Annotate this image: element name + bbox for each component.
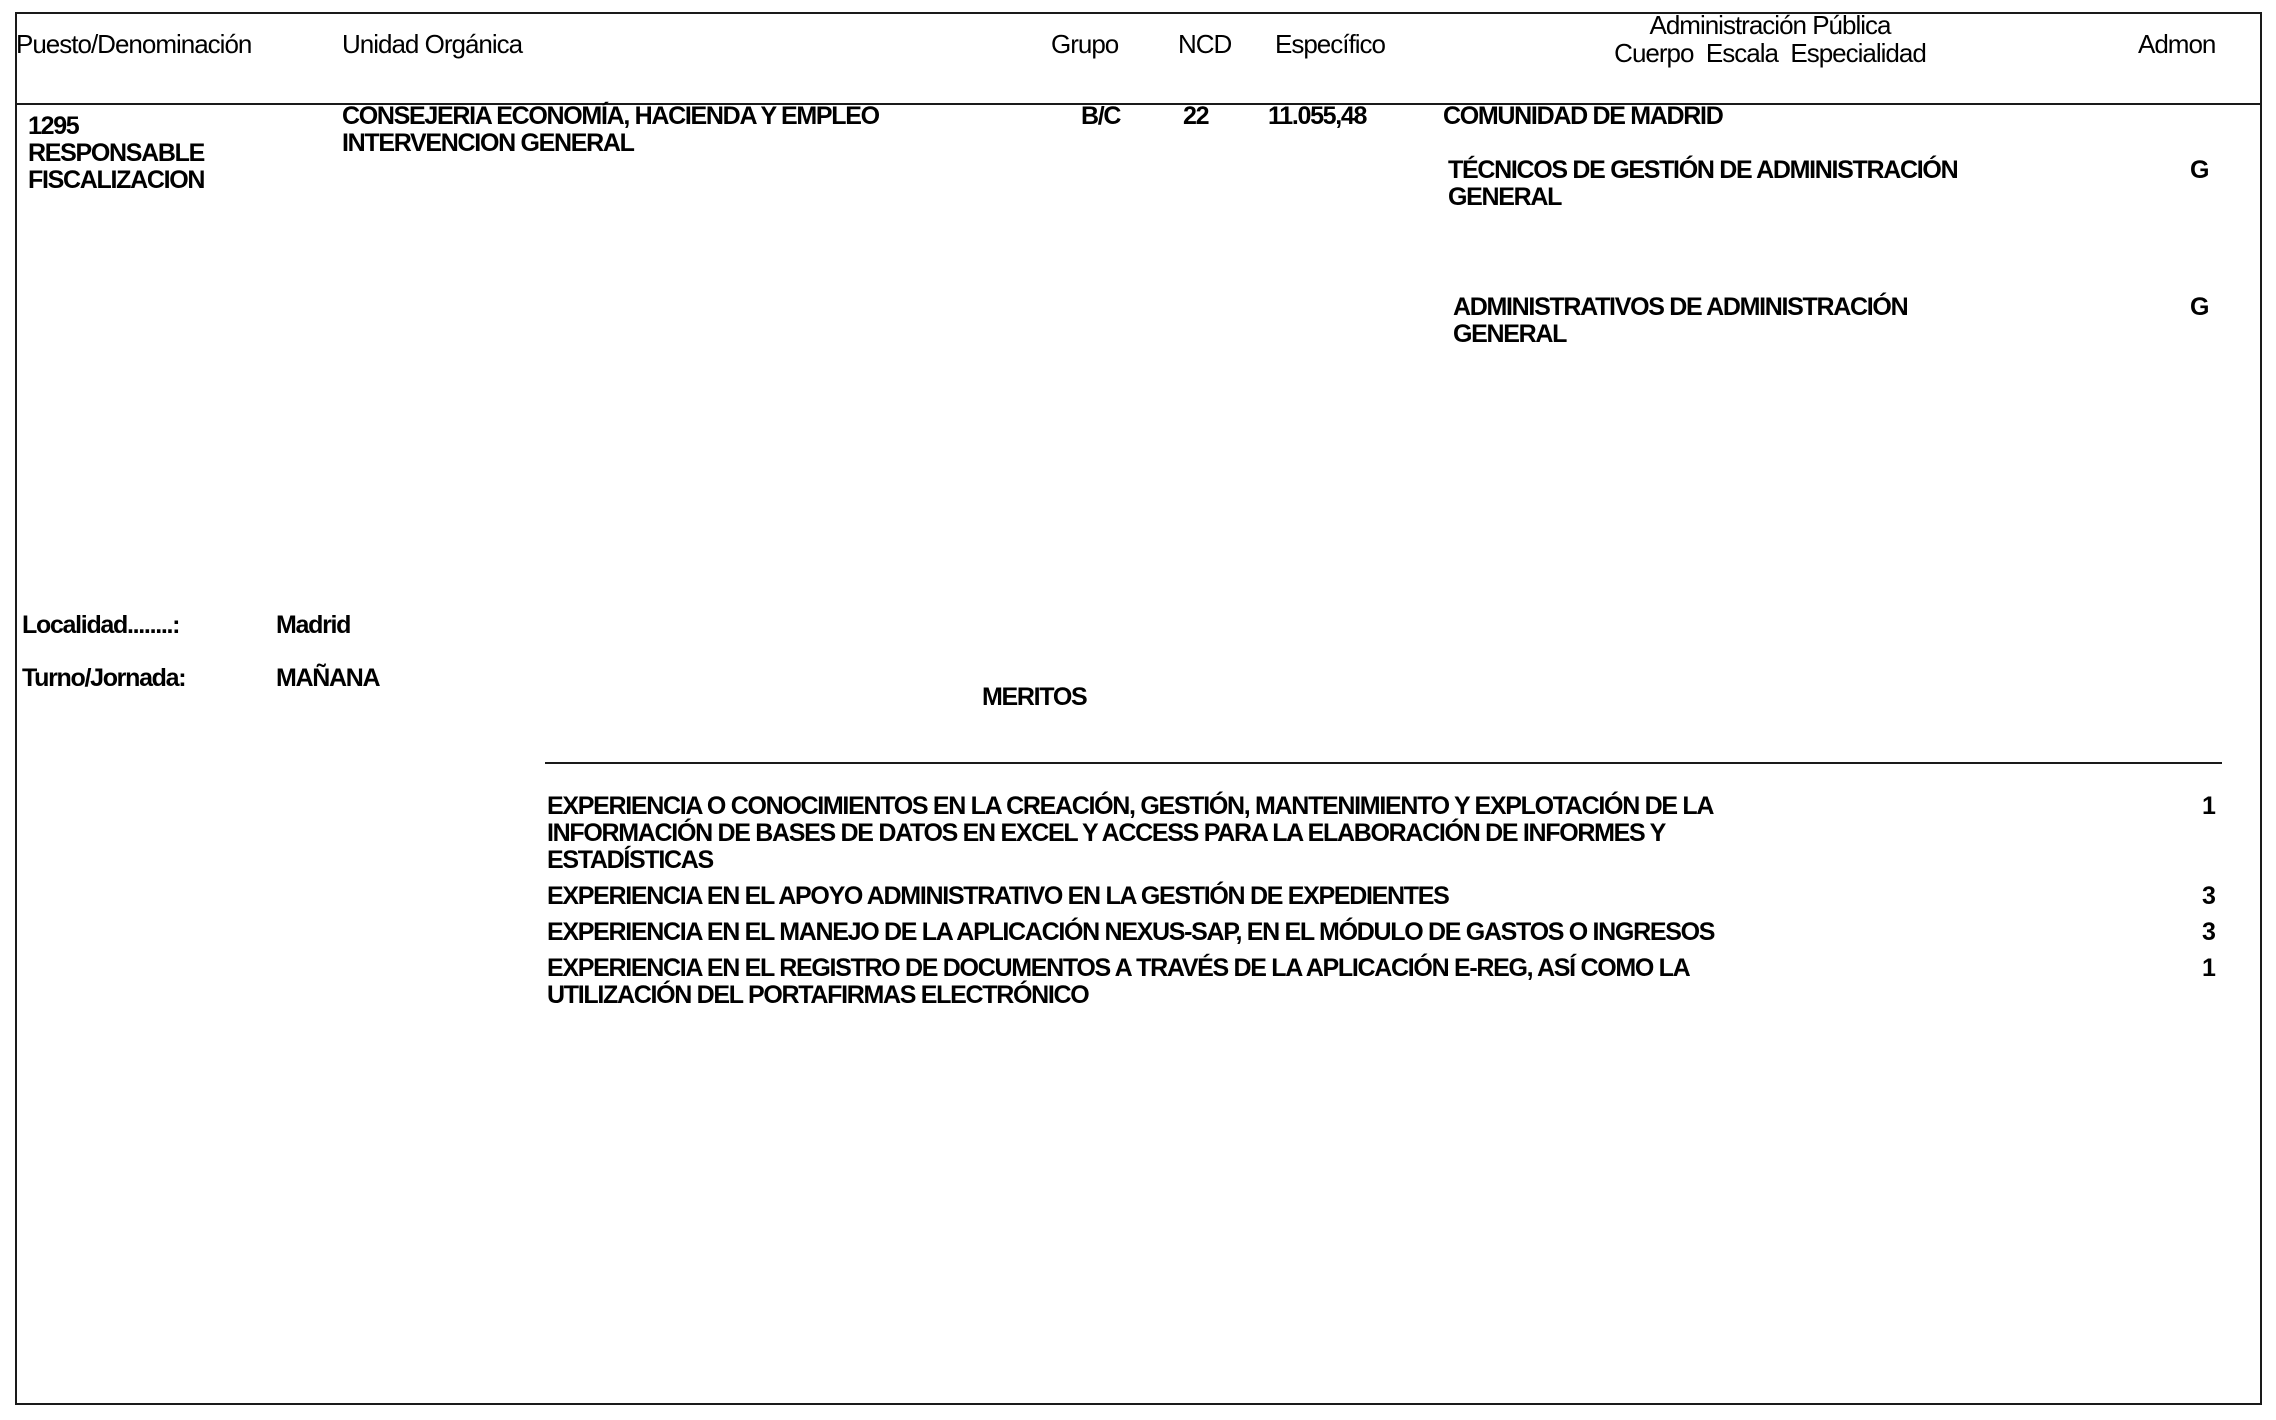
unidad-organica-1: CONSEJERIA ECONOMÍA, HACIENDA Y EMPLEO bbox=[342, 103, 879, 130]
merito-puntos: 3 bbox=[2202, 919, 2215, 946]
merito-text: EXPERIENCIA EN EL APOYO ADMINISTRATIVO E… bbox=[547, 883, 1448, 910]
merito-text: EXPERIENCIA EN EL REGISTRO DE DOCUMENTOS… bbox=[547, 955, 1689, 982]
turno-label: Turno/Jornada: bbox=[22, 665, 185, 692]
merito-text: UTILIZACIÓN DEL PORTAFIRMAS ELECTRÓNICO bbox=[547, 982, 1689, 1009]
merito-text: ESTADÍSTICAS bbox=[547, 847, 1713, 874]
document-frame bbox=[15, 12, 2262, 1405]
merito-puntos: 3 bbox=[2202, 883, 2215, 910]
puesto-denominacion-1: RESPONSABLE bbox=[28, 140, 204, 167]
header-especifico: Específico bbox=[1275, 31, 1385, 58]
merito-text: INFORMACIÓN DE BASES DE DATOS EN EXCEL Y… bbox=[547, 820, 1713, 847]
cuerpo-2-admon: G bbox=[2190, 294, 2208, 321]
header-cuerpo-escala: Cuerpo Escala Especialidad bbox=[1500, 40, 2040, 67]
ncd-value: 22 bbox=[1183, 103, 1208, 130]
cuerpo-2-line1: ADMINISTRATIVOS DE ADMINISTRACIÓN bbox=[1453, 294, 1907, 321]
merito-text: EXPERIENCIA O CONOCIMIENTOS EN LA CREACI… bbox=[547, 793, 1713, 820]
merito-puntos: 1 bbox=[2202, 793, 2215, 820]
header-unidad: Unidad Orgánica bbox=[342, 31, 522, 58]
header-admon: Admon bbox=[2138, 31, 2215, 58]
unidad-organica-2: INTERVENCION GENERAL bbox=[342, 130, 634, 157]
cuerpo-1-line1: TÉCNICOS DE GESTIÓN DE ADMINISTRACIÓN bbox=[1448, 157, 1957, 184]
header-puesto: Puesto/Denominación bbox=[16, 31, 251, 58]
header-ncd: NCD bbox=[1178, 31, 1231, 58]
meritos-title: MERITOS bbox=[982, 684, 1086, 711]
localidad-label: Localidad........: bbox=[22, 612, 179, 639]
administracion-value: COMUNIDAD DE MADRID bbox=[1443, 103, 1722, 130]
turno-value: MAÑANA bbox=[276, 665, 379, 692]
merito-item: EXPERIENCIA O CONOCIMIENTOS EN LA CREACI… bbox=[547, 793, 1713, 874]
puesto-denominacion-2: FISCALIZACION bbox=[28, 167, 204, 194]
cuerpo-1-admon: G bbox=[2190, 157, 2208, 184]
cuerpo-2-line2: GENERAL bbox=[1453, 321, 1566, 348]
header-grupo: Grupo bbox=[1051, 31, 1118, 58]
header-administracion: Administración Pública bbox=[1500, 12, 2040, 39]
merito-item: EXPERIENCIA EN EL APOYO ADMINISTRATIVO E… bbox=[547, 883, 1448, 910]
grupo-value: B/C bbox=[1081, 103, 1120, 130]
merito-puntos: 1 bbox=[2202, 955, 2215, 982]
localidad-value: Madrid bbox=[276, 612, 350, 639]
meritos-divider bbox=[545, 762, 2222, 764]
merito-text: EXPERIENCIA EN EL MANEJO DE LA APLICACIÓ… bbox=[547, 919, 1714, 946]
merito-item: EXPERIENCIA EN EL REGISTRO DE DOCUMENTOS… bbox=[547, 955, 1689, 1009]
puesto-codigo: 1295 bbox=[28, 113, 78, 140]
cuerpo-1-line2: GENERAL bbox=[1448, 184, 1561, 211]
especifico-value: 11.055,48 bbox=[1268, 103, 1366, 130]
merito-item: EXPERIENCIA EN EL MANEJO DE LA APLICACIÓ… bbox=[547, 919, 1714, 946]
